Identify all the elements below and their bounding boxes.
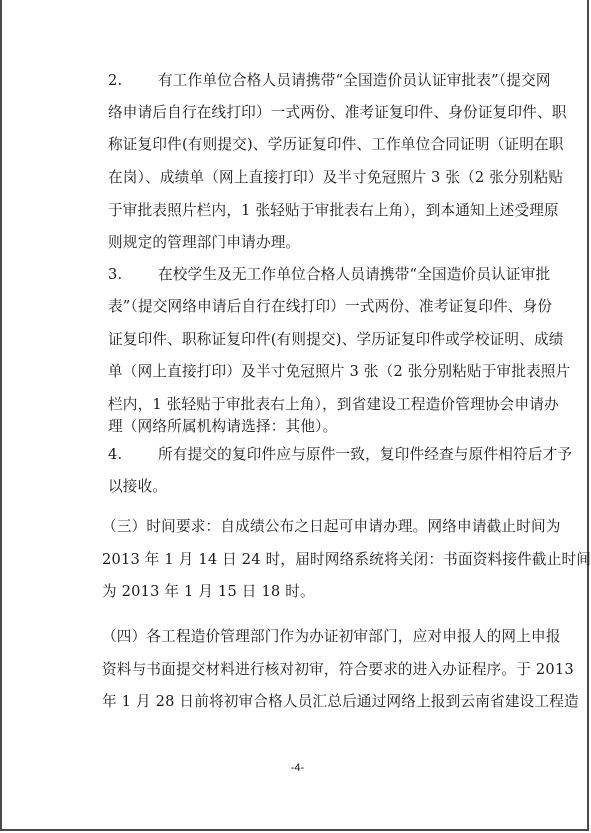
item-3-line-6: 理（网络所属机构请选择：其他）。 — [108, 417, 544, 437]
section-4-line-3: 年 1 月 28 日前将初审合格人员汇总后通过网络上报到云南省建设工程造 — [102, 692, 544, 712]
section-3-line-3: 为 2013 年 1 月 15 日 18 时。 — [102, 582, 544, 602]
item-4-line-2: 以接收。 — [108, 477, 544, 497]
item-2-line-1: 2.有工作单位合格人员请携带“全国造价员认证审批表”（提交网 — [108, 71, 544, 91]
section-4-line-2: 资料与书面提交材料进行核对初审，符合要求的进入办证程序。于 2013 — [102, 660, 544, 680]
item-3-line-1: 3.在校学生及无工作单位合格人员请携带“全国造价员认证审批 — [108, 265, 544, 285]
item-2-line-2: 络申请后自行在线打印）一式两份、准考证复印件、身份证复印件、职 — [108, 103, 544, 123]
item-2-line-6: 则规定的管理部门申请办理。 — [108, 233, 544, 253]
item-3-line-5: 栏内，1 张轻贴于审批表右上角），到省建设工程造价管理协会申请办 — [108, 395, 544, 415]
item-4-line-1: 4.所有提交的复印件应与原件一致，复印件经查与原件相符后才予 — [108, 445, 544, 465]
item-2-line-3: 称证复印件(有则提交)、学历证复印件、工作单位合同证明（证明在职 — [108, 135, 544, 155]
item-3-line-2: 表”（提交网络申请后自行在线打印）一式两份、准考证复印件、身份 — [108, 297, 544, 317]
item-3-line-4: 单（网上直接打印）及半寸免冠照片 3 张（2 张分别粘贴于审批表照片 — [108, 362, 544, 382]
item-2-line-4: 在岗）、成绩单（网上直接打印）及半寸免冠照片 3 张（2 张分别粘贴 — [108, 168, 544, 188]
section-4-line-1: （四）各工程造价管理部门作为办证初审部门，应对申报人的网上申报 — [102, 627, 544, 647]
item-4-number: 4. — [108, 445, 158, 465]
item-3-line-3: 证复印件、职称证复印件(有则提交)、学历证复印件或学校证明、成绩 — [108, 330, 544, 350]
page-number: -4- — [2, 762, 591, 774]
document-page: 2.有工作单位合格人员请携带“全国造价员认证审批表”（提交网 络申请后自行在线打… — [0, 0, 589, 831]
item-2-number: 2. — [108, 71, 158, 91]
item-3-number: 3. — [108, 265, 158, 285]
section-3-line-1: （三）时间要求：自成绩公布之日起可申请办理。网络申请截止时间为 — [102, 517, 544, 537]
section-3-line-2: 2013 年 1 月 14 日 24 时，届时网络系统将关闭：书面资料接件截止时… — [102, 550, 544, 570]
item-2-line-5: 于审批表照片栏内，1 张轻贴于审批表右上角），到本通知上述受理原 — [108, 201, 544, 221]
